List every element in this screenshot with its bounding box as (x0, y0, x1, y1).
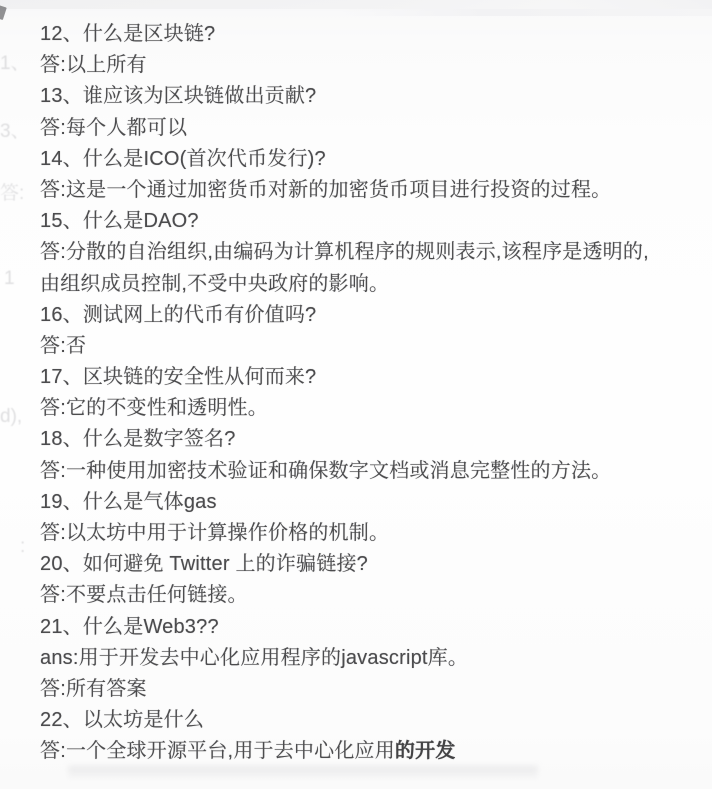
qa-line: 答:一种使用加密技术验证和确保数字文档或消息完整性的方法。 (40, 456, 700, 487)
qa-list: 12、什么是区块链? 答:以上所有 13、谁应该为区块链做出贡献? 答:每个人都… (40, 19, 700, 768)
bleed-through-text: 答: (0, 178, 24, 205)
qa-line: 22、以太坊是什么 (40, 705, 700, 736)
qa-line-text: 答:否 (40, 335, 86, 357)
qa-line: 答:以上所有 (40, 50, 700, 81)
qa-line: 16、测试网上的代币有价值吗? (40, 300, 700, 331)
qa-line: ans:用于开发去中心化应用程序的javascript库。 (40, 643, 700, 674)
qa-line: 答:否 (40, 331, 700, 362)
qa-line-text: 19、什么是气体gas (40, 491, 217, 513)
qa-line-text: 由组织成员控制,不受中央政府的影响。 (40, 273, 389, 295)
qa-line-text: 答:每个人都可以 (40, 117, 187, 139)
qa-line-text: 20、如何避免 Twitter 上的诈骗链接? (40, 553, 368, 575)
qa-line: 12、什么是区块链? (40, 19, 700, 50)
document-page: 1、3、答:1d),: 12、什么是区块链? 答:以上所有 13、谁应该为区块链… (0, 0, 712, 789)
qa-line-text: 答:一种使用加密技术验证和确保数字文档或消息完整性的方法。 (40, 460, 611, 482)
qa-line: 18、什么是数字签名? (40, 424, 700, 455)
qa-line-text: 答:这是一个通过加密货币对新的加密货币项目进行投资的过程。 (40, 179, 611, 201)
bleed-through-column: 1、3、答:1d),: (0, 0, 40, 789)
qa-line-text: 答:一个全球开源平台,用于去中心化应用 (40, 740, 395, 762)
qa-line: 答:所有答案 (40, 674, 700, 705)
qa-line-text: 答:以太坊中用于计算操作价格的机制。 (40, 522, 389, 544)
qa-line: 答:它的不变性和透明性。 (40, 393, 700, 424)
qa-line: 19、什么是气体gas (40, 487, 700, 518)
qa-line-bold-text: 的开发 (395, 740, 456, 762)
qa-line: 20、如何避免 Twitter 上的诈骗链接? (40, 549, 700, 580)
qa-line-text: 答:所有答案 (40, 678, 147, 700)
qa-line-text: 16、测试网上的代币有价值吗? (40, 304, 316, 326)
qa-line: 答:不要点击任何链接。 (40, 580, 700, 611)
qa-line: 21、什么是Web3?? (40, 612, 700, 643)
qa-line-text: 答:不要点击任何链接。 (40, 584, 248, 606)
photo-artifact-top-band-right (340, 9, 712, 16)
qa-line: 由组织成员控制,不受中央政府的影响。 (40, 269, 700, 300)
qa-line-text: 答:以上所有 (40, 54, 147, 76)
qa-line-text: 答:它的不变性和透明性。 (40, 397, 268, 419)
qa-line-text: 21、什么是Web3?? (40, 616, 219, 638)
qa-line-text: 14、什么是ICO(首次代币发行)? (40, 148, 326, 170)
qa-line-text: 15、什么是DAO? (40, 210, 199, 232)
qa-line-text: ans:用于开发去中心化应用程序的javascript库。 (40, 647, 468, 669)
bleed-through-text: 1、 (0, 48, 30, 75)
bleed-through-text: d), (0, 406, 22, 428)
qa-line: 答:以太坊中用于计算操作价格的机制。 (40, 518, 700, 549)
bleed-through-text: : (20, 536, 25, 558)
bleed-through-text: 1 (4, 268, 15, 290)
qa-line-text: 18、什么是数字签名? (40, 428, 236, 450)
qa-line: 答:每个人都可以 (40, 113, 700, 144)
qa-line: 14、什么是ICO(首次代币发行)? (40, 144, 700, 175)
qa-line: 15、什么是DAO? (40, 206, 700, 237)
qa-line: 13、谁应该为区块链做出贡献? (40, 81, 700, 112)
qa-line: 答:一个全球开源平台,用于去中心化应用的开发 (40, 736, 700, 767)
qa-line: 答:分散的自治组织,由编码为计算机程序的规则表示,该程序是透明的, (40, 237, 700, 268)
qa-line: 17、区块链的安全性从何而来? (40, 362, 700, 393)
qa-line: 答:这是一个通过加密货币对新的加密货币项目进行投资的过程。 (40, 175, 700, 206)
qa-line-text: 13、谁应该为区块链做出贡献? (40, 85, 316, 107)
bleed-through-text: 3、 (0, 116, 30, 143)
qa-line-text: 答:分散的自治组织,由编码为计算机程序的规则表示,该程序是透明的, (40, 241, 649, 263)
photo-artifact-bottom-smudge (68, 766, 538, 779)
photo-artifact-top-band (0, 0, 712, 9)
qa-line-text: 17、区块链的安全性从何而来? (40, 366, 316, 388)
qa-line-text: 22、以太坊是什么 (40, 709, 204, 731)
qa-line-text: 12、什么是区块链? (40, 23, 215, 45)
